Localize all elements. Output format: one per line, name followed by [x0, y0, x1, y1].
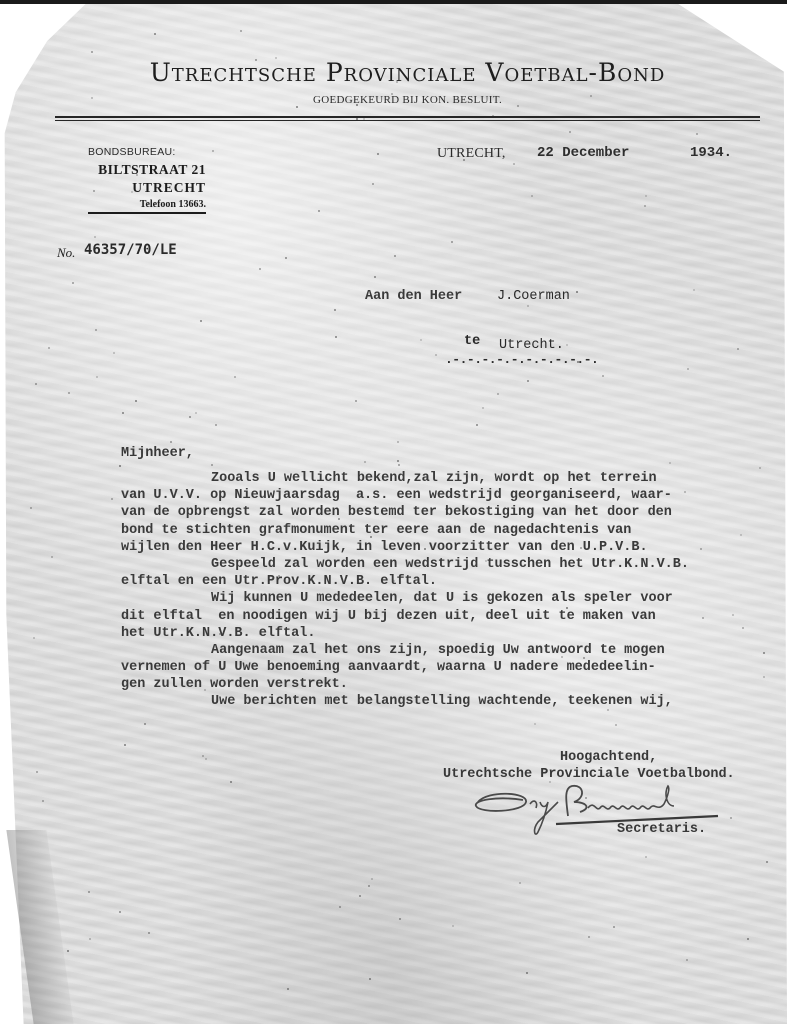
- speck: [72, 282, 74, 284]
- speck: [696, 133, 698, 135]
- body-line: elftal en een Utr.Prov.K.N.V.B. elftal.: [121, 573, 787, 590]
- bureau-label: BONDSBUREAU:: [88, 146, 176, 158]
- letterhead-title: Utrechtsche Provinciale Voetbal-Bond: [55, 58, 760, 87]
- speck: [148, 932, 150, 934]
- body-line: Aangenaam zal het ons zijn, spoedig Uw a…: [121, 642, 787, 659]
- body-line: van de opbrengst zal worden bestemd ter …: [121, 504, 787, 521]
- closing-greeting: Hoogachtend,: [560, 750, 657, 765]
- body-line: gen zullen worden verstrekt.: [121, 676, 787, 693]
- body-line: van U.V.V. op Nieuwjaarsdag a.s. een wed…: [121, 487, 787, 504]
- body-line: Zooals U wellicht bekend,zal zijn, wordt…: [121, 470, 787, 487]
- recipient-underline: .-.-.-.-.-.-.-.-.-.-.: [445, 352, 598, 367]
- speck: [89, 938, 91, 940]
- speck: [334, 309, 336, 311]
- recipient-city: Utrecht.: [499, 338, 564, 353]
- bureau-city: UTRECHT: [88, 180, 206, 196]
- speck: [364, 461, 366, 463]
- recipient-te: te: [464, 334, 480, 349]
- letterhead-subtitle: GOEDGEKEURD BIJ KON. BESLUIT.: [55, 94, 760, 106]
- body-line: Uwe berichten met belangstelling wachten…: [121, 693, 787, 710]
- letterhead-rule-thin: [55, 120, 760, 121]
- speck: [526, 972, 528, 974]
- speck: [377, 153, 379, 155]
- letterhead-rule: [55, 116, 760, 118]
- speck: [154, 33, 156, 35]
- speck: [588, 936, 590, 938]
- salutation: Mijnheer,: [121, 446, 194, 461]
- speck: [482, 407, 484, 409]
- recipient-name: J.Coerman: [497, 289, 570, 304]
- speck: [170, 441, 172, 443]
- speck: [287, 988, 289, 990]
- body-line: vernemen of U Uwe benoeming aanvaardt, w…: [121, 659, 787, 676]
- speck: [240, 30, 242, 32]
- speck: [96, 376, 98, 378]
- speck: [33, 637, 35, 639]
- bureau-phone: Telefoon 13663.: [88, 199, 206, 214]
- speck: [602, 375, 604, 377]
- speck: [212, 150, 214, 152]
- speck: [35, 383, 37, 385]
- date-day-month: 22 December: [537, 145, 629, 161]
- speck: [259, 268, 261, 270]
- body-line: het Utr.K.N.V.B. elftal.: [121, 625, 787, 642]
- speck: [135, 400, 137, 402]
- speck: [476, 424, 478, 426]
- speck: [48, 347, 50, 349]
- speck: [368, 885, 370, 887]
- body-line: Wij kunnen U mededeelen, dat U is gekoze…: [121, 590, 787, 607]
- reference-number: 46357/70/LE: [84, 242, 177, 258]
- speck: [359, 895, 361, 897]
- scan-border: [0, 0, 787, 4]
- speck: [91, 51, 93, 53]
- speck: [569, 131, 571, 133]
- body-line: bond te stichten grafmonument ter eere a…: [121, 522, 787, 539]
- body-line: Gespeeld zal worden een wedstrijd tussch…: [121, 556, 787, 573]
- bureau-street: BILTSTRAAT 21: [88, 162, 206, 178]
- date-place: UTRECHT,: [437, 146, 506, 162]
- speck: [435, 354, 437, 356]
- date-year: 1934.: [690, 145, 732, 161]
- reference-label: No.: [57, 245, 75, 261]
- closing-role: Secretaris.: [617, 822, 706, 837]
- body-line: wijlen den Heer H.C.v.Kuijk, in leven vo…: [121, 539, 787, 556]
- speck: [119, 911, 121, 913]
- recipient-label: Aan den Heer: [365, 289, 462, 304]
- speck: [497, 393, 499, 395]
- speck: [189, 416, 191, 418]
- speck: [355, 400, 357, 402]
- speck: [519, 882, 521, 884]
- body-line: dit elftal en noodigen wij U bij dezen u…: [121, 608, 787, 625]
- speck: [615, 724, 617, 726]
- speck: [397, 460, 399, 462]
- speck: [369, 978, 371, 980]
- letter-body: Zooals U wellicht bekend,zal zijn, wordt…: [121, 470, 787, 711]
